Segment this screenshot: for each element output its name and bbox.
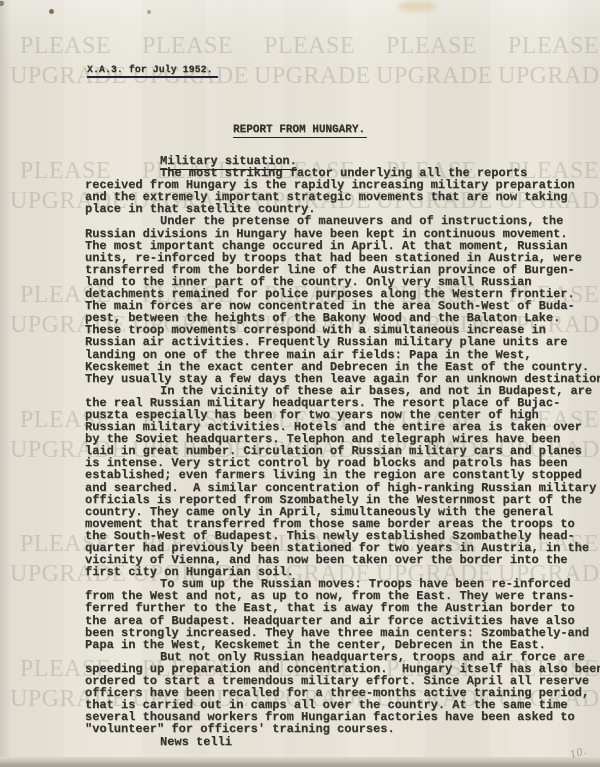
- body-text: Military situation.The most striking fac…: [85, 155, 600, 748]
- text-line: landing on one of the three main air fie…: [85, 349, 600, 361]
- text-line: and searched. A similar concentration of…: [85, 482, 600, 494]
- text-line: officials is reported from Szombathely i…: [85, 494, 600, 506]
- document-page: PLEASEUPGRADEPLEASEUPGRADEPLEASEUPGRADEP…: [0, 0, 600, 767]
- text-line: They usually stay a few days then leave …: [85, 373, 600, 385]
- text-line: the area of Budapest. Headquarter and ai…: [85, 615, 600, 627]
- text-line: Under the pretense of maneuvers and of i…: [85, 215, 600, 227]
- text-line: Russian air activities. Frequently Russi…: [85, 336, 600, 348]
- document-title-text: REPORT FROM HUNGARY.: [233, 124, 367, 138]
- text-line: Russian divisions in Hungary have been k…: [85, 228, 600, 240]
- text-line: Kecskemet in the exact center and Debrec…: [85, 361, 600, 373]
- typewritten-content: X.A.3. for July 1952. REPORT FROM HUNGAR…: [0, 0, 600, 767]
- text-line: "volunteer" for officers' training cours…: [85, 723, 600, 735]
- text-line: been strongly increased. They have three…: [85, 627, 600, 639]
- text-line: country. They came only in April, simult…: [85, 506, 600, 518]
- document-reference-text: X.A.3. for July 1952.: [87, 64, 218, 78]
- text-line: ferred further to the East, that is away…: [85, 602, 600, 614]
- document-title: REPORT FROM HUNGARY.: [233, 124, 367, 136]
- text-line: The most important change occured in Apr…: [85, 240, 600, 252]
- text-line: established; even farmers living in the …: [85, 469, 600, 481]
- document-reference: X.A.3. for July 1952.: [87, 64, 218, 75]
- text-line: News telli: [85, 736, 600, 748]
- scan-bottom-edge: [0, 757, 600, 767]
